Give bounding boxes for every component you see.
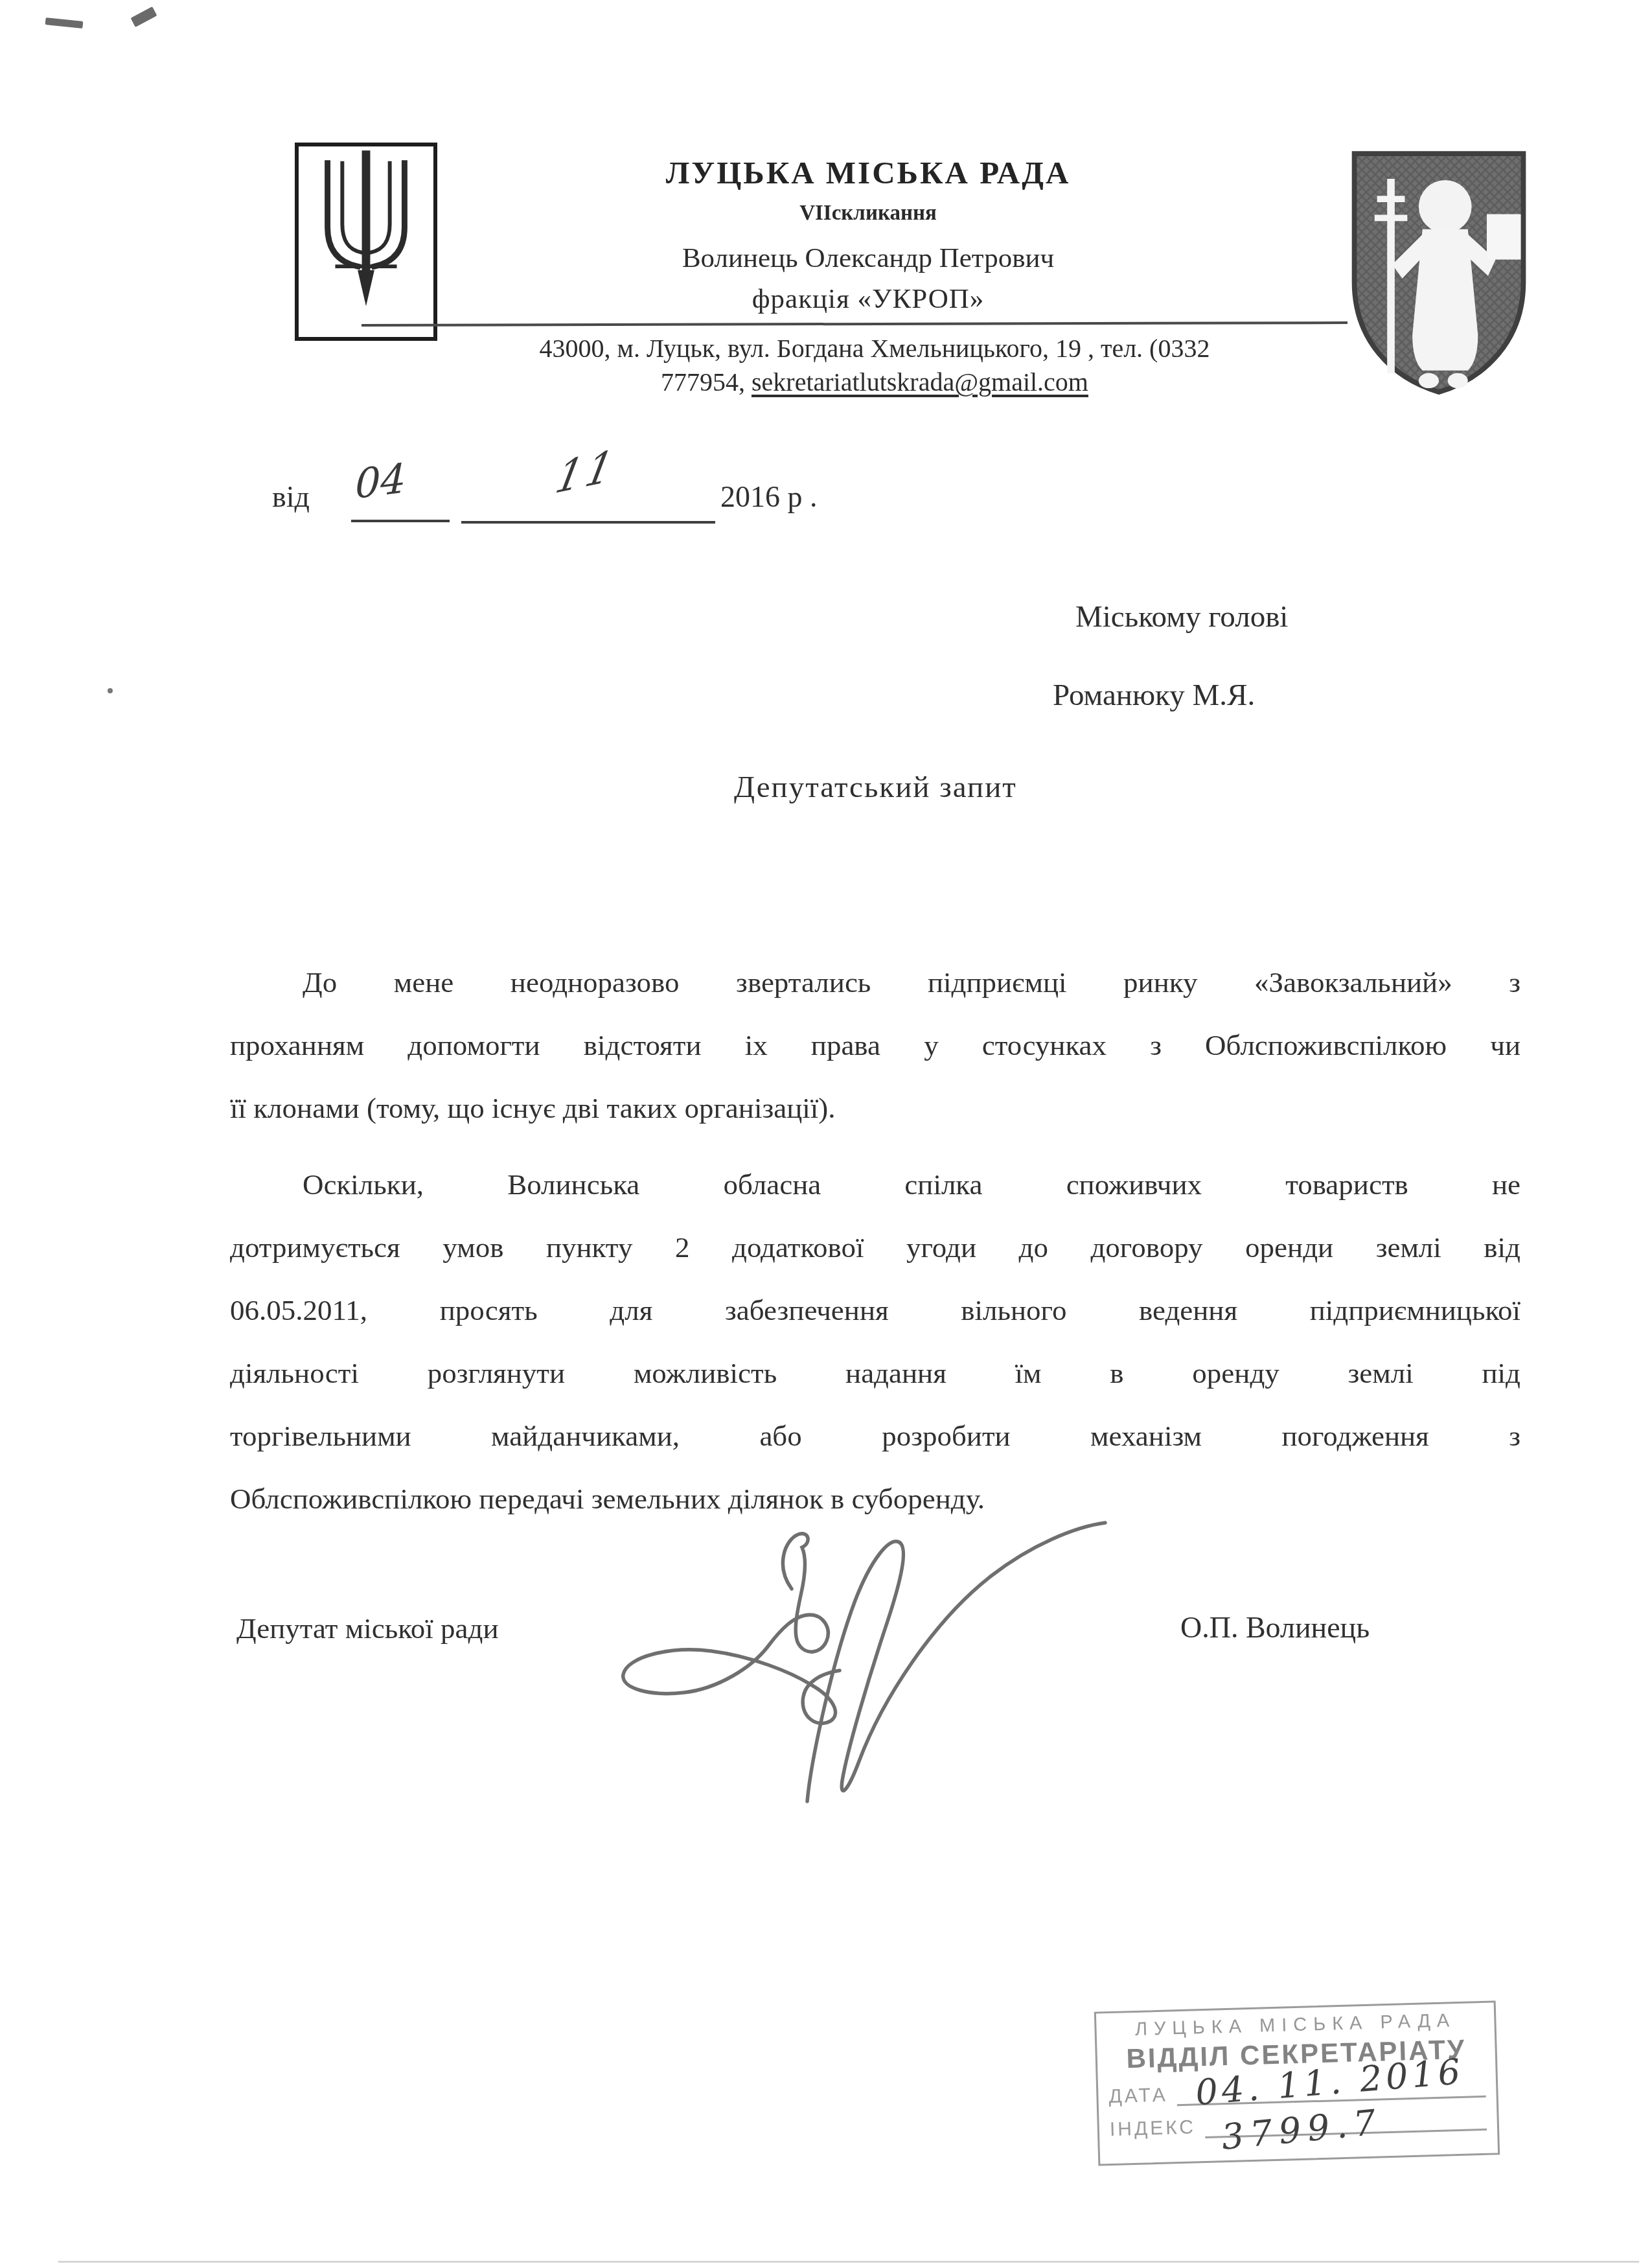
stamp-index-label: ІНДЕКС bbox=[1109, 2116, 1205, 2141]
scan-edge-line bbox=[58, 2261, 1639, 2263]
crest-drawing bbox=[1344, 138, 1533, 408]
letterhead-contacts: 43000, м. Луцьк, вул. Богдана Хмельницьк… bbox=[389, 332, 1360, 399]
org-title: ЛУЦЬКА МІСЬКА РАДА bbox=[447, 154, 1289, 191]
body-line: її клонами (тому, що існує дві таких орг… bbox=[230, 1077, 1520, 1140]
addressee-title: Міському голові bbox=[1075, 599, 1288, 634]
body-line: До мене неодноразово звертались підприєм… bbox=[230, 951, 1520, 1014]
body-line: діяльності розглянути можливість надання… bbox=[230, 1342, 1520, 1405]
letter-body: До мене неодноразово звертались підприєм… bbox=[230, 951, 1520, 1531]
scan-artifact bbox=[130, 6, 157, 27]
body-line: проханням допомогти відстояти іх права у… bbox=[230, 1014, 1520, 1077]
letterhead-divider bbox=[361, 321, 1348, 327]
handwritten-month: 11 bbox=[551, 441, 621, 505]
date-blank-day bbox=[351, 520, 450, 522]
body-line: торгівельними майданчиками, або розробит… bbox=[230, 1405, 1520, 1468]
deputy-name: Волинець Олександр Петрович bbox=[447, 242, 1289, 274]
signer-name: О.П. Волинець bbox=[1180, 1610, 1370, 1645]
lutsk-city-crest-icon bbox=[1344, 138, 1533, 408]
addressee-name: Романюку М.Я. bbox=[1053, 678, 1255, 713]
convocation: VIIскликання bbox=[447, 202, 1289, 225]
ukraine-trident-icon bbox=[295, 143, 437, 341]
paragraph-1: До мене неодноразово звертались підприєм… bbox=[230, 951, 1520, 1140]
scan-artifact bbox=[45, 17, 84, 29]
address-line: 43000, м. Луцьк, вул. Богдана Хмельницьк… bbox=[389, 332, 1360, 365]
faction: фракція «УКРОП» bbox=[447, 283, 1289, 315]
signer-position: Депутат міської ради bbox=[236, 1612, 499, 1645]
body-line: дотримується умов пункту 2 додаткової уг… bbox=[230, 1216, 1520, 1279]
handwritten-stamp-index: 3799.7 bbox=[1220, 2101, 1384, 2158]
date-line: від 04 11 2016 р . bbox=[272, 473, 985, 531]
handwritten-day: 04 bbox=[355, 454, 407, 508]
trident-base bbox=[358, 270, 374, 306]
body-line: 06.05.2011, просять для забезпечення віл… bbox=[230, 1279, 1520, 1342]
date-blank-month bbox=[461, 521, 715, 524]
stamp-date-label: ДАТА bbox=[1108, 2084, 1177, 2108]
date-year: 2016 р . bbox=[720, 480, 818, 514]
email-text: sekretariatlutskrada@gmail.com bbox=[751, 367, 1088, 397]
scanned-letter-page: ЛУЦЬКА МІСЬКА РАДА VIIскликання Волинець… bbox=[0, 0, 1652, 2266]
trident-drawing bbox=[299, 146, 433, 337]
document-title: Депутатський запит bbox=[734, 770, 1017, 805]
registration-stamp: ЛУЦЬКА МІСЬКА РАДА ВІДДІЛ СЕКРЕТАРІАТУ Д… bbox=[1094, 2000, 1500, 2166]
paragraph-2: Оскільки, Волинська обласна спілка спожи… bbox=[230, 1153, 1520, 1531]
date-prefix: від bbox=[272, 480, 310, 514]
letterhead: ЛУЦЬКА МІСЬКА РАДА VIIскликання Волинець… bbox=[447, 154, 1289, 315]
scan-artifact-dot bbox=[108, 688, 113, 693]
body-line: Оскільки, Волинська обласна спілка спожи… bbox=[230, 1153, 1520, 1216]
phone-part: 777954, bbox=[661, 367, 751, 397]
phone-email-line: 777954, sekretariatlutskrada@gmail.com bbox=[389, 365, 1360, 399]
handwritten-signature bbox=[583, 1510, 1166, 1834]
